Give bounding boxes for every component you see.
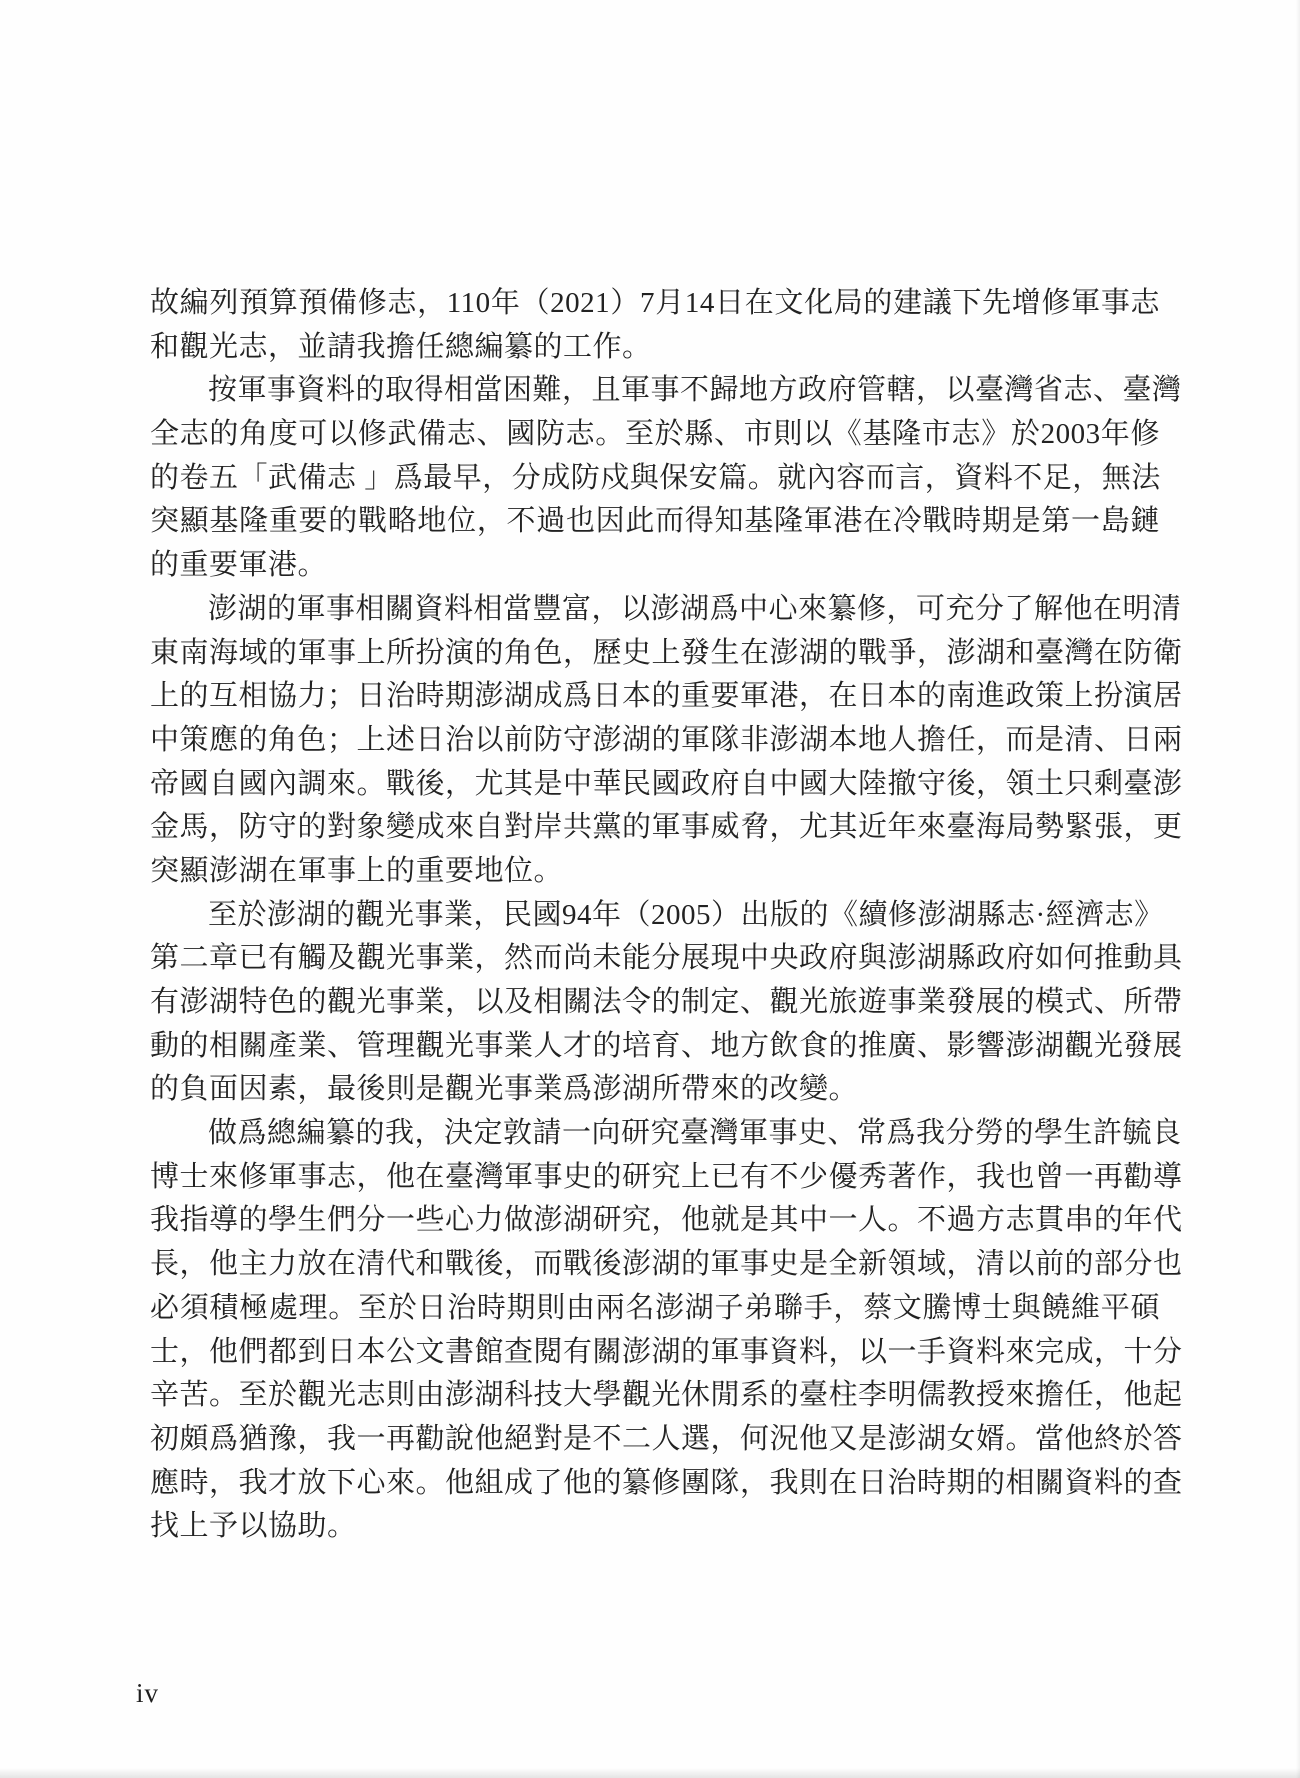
text-line: 動的相關產業、管理觀光事業人才的培育、地方飲食的推廣、影響澎湖觀光發展 xyxy=(150,1025,1160,1069)
text-line: 的負面因素，最後則是觀光事業爲澎湖所帶來的改變。 xyxy=(150,1068,1160,1112)
text-line: 和觀光志，並請我擔任總編纂的工作。 xyxy=(150,326,1160,370)
text-line: 全志的角度可以修武備志、國防志。至於縣、市則以《基隆市志》於2003年修 xyxy=(150,413,1160,457)
text-line: 突顯基隆重要的戰略地位，不過也因此而得知基隆軍港在冷戰時期是第一島鏈 xyxy=(150,500,1160,544)
text-line: 第二章已有觸及觀光事業，然而尚未能分展現中央政府與澎湖縣政府如何推動具 xyxy=(150,937,1160,981)
text-line: 有澎湖特色的觀光事業，以及相關法令的制定、觀光旅遊事業發展的模式、所帶 xyxy=(150,981,1160,1025)
text-line: 初頗爲猶豫，我一再勸說他絕對是不二人選，何況他又是澎湖女婿。當他終於答 xyxy=(150,1418,1160,1462)
text-line: 必須積極處理。至於日治時期則由兩名澎湖子弟聯手，蔡文騰博士與饒維平碩 xyxy=(150,1287,1160,1331)
text-line: 至於澎湖的觀光事業，民國94年（2005）出版的《續修澎湖縣志·經濟志》 xyxy=(150,894,1160,938)
text-line: 的卷五「武備志 」爲最早，分成防戍與保安篇。就內容而言，資料不足，無法 xyxy=(150,457,1160,501)
page-number: iv xyxy=(136,1678,159,1709)
scan-edge-bottom xyxy=(0,1768,1300,1778)
scan-edge-right xyxy=(1296,0,1300,1778)
document-page: 故編列預算預備修志，110年（2021）7月14日在文化局的建議下先增修軍事志和… xyxy=(0,0,1300,1778)
text-line: 澎湖的軍事相關資料相當豐富，以澎湖爲中心來纂修，可充分了解他在明清 xyxy=(150,588,1160,632)
text-line: 長，他主力放在清代和戰後，而戰後澎湖的軍事史是全新領域，清以前的部分也 xyxy=(150,1243,1160,1287)
text-line: 士，他們都到日本公文書館查閱有關澎湖的軍事資料，以一手資料來完成，十分 xyxy=(150,1331,1160,1375)
text-line: 按軍事資料的取得相當困難，且軍事不歸地方政府管轄，以臺灣省志、臺灣 xyxy=(150,369,1160,413)
text-line: 我指導的學生們分一些心力做澎湖研究，他就是其中一人。不過方志貫串的年代 xyxy=(150,1199,1160,1243)
text-line: 找上予以協助。 xyxy=(150,1505,1160,1549)
text-line: 應時，我才放下心來。他組成了他的纂修團隊，我則在日治時期的相關資料的查 xyxy=(150,1462,1160,1506)
text-line: 東南海域的軍事上所扮演的角色，歷史上發生在澎湖的戰爭，澎湖和臺灣在防衛 xyxy=(150,632,1160,676)
paragraph: 按軍事資料的取得相當困難，且軍事不歸地方政府管轄，以臺灣省志、臺灣全志的角度可以… xyxy=(150,369,1160,587)
text-line: 上的互相協力；日治時期澎湖成爲日本的重要軍港，在日本的南進政策上扮演居 xyxy=(150,675,1160,719)
text-line: 辛苦。至於觀光志則由澎湖科技大學觀光休閒系的臺柱李明儒教授來擔任，他起 xyxy=(150,1374,1160,1418)
paragraph: 至於澎湖的觀光事業，民國94年（2005）出版的《續修澎湖縣志·經濟志》第二章已… xyxy=(150,894,1160,1112)
paragraph: 做爲總編纂的我，決定敦請一向研究臺灣軍事史、常爲我分勞的學生許毓良博士來修軍事志… xyxy=(150,1112,1160,1549)
text-line: 帝國自國內調來。戰後，尤其是中華民國政府自中國大陸撤守後，領土只剩臺澎 xyxy=(150,763,1160,807)
text-line: 做爲總編纂的我，決定敦請一向研究臺灣軍事史、常爲我分勞的學生許毓良 xyxy=(150,1112,1160,1156)
paragraph: 澎湖的軍事相關資料相當豐富，以澎湖爲中心來纂修，可充分了解他在明清東南海域的軍事… xyxy=(150,588,1160,894)
text-line: 金馬，防守的對象變成來自對岸共黨的軍事威脅，尤其近年來臺海局勢緊張，更 xyxy=(150,806,1160,850)
body-text: 故編列預算預備修志，110年（2021）7月14日在文化局的建議下先增修軍事志和… xyxy=(150,282,1160,1549)
paragraph: 故編列預算預備修志，110年（2021）7月14日在文化局的建議下先增修軍事志和… xyxy=(150,282,1160,369)
text-line: 的重要軍港。 xyxy=(150,544,1160,588)
text-line: 中策應的角色；上述日治以前防守澎湖的軍隊非澎湖本地人擔任，而是清、日兩 xyxy=(150,719,1160,763)
text-line: 突顯澎湖在軍事上的重要地位。 xyxy=(150,850,1160,894)
text-line: 博士來修軍事志，他在臺灣軍事史的研究上已有不少優秀著作，我也曾一再勸導 xyxy=(150,1156,1160,1200)
text-line: 故編列預算預備修志，110年（2021）7月14日在文化局的建議下先增修軍事志 xyxy=(150,282,1160,326)
